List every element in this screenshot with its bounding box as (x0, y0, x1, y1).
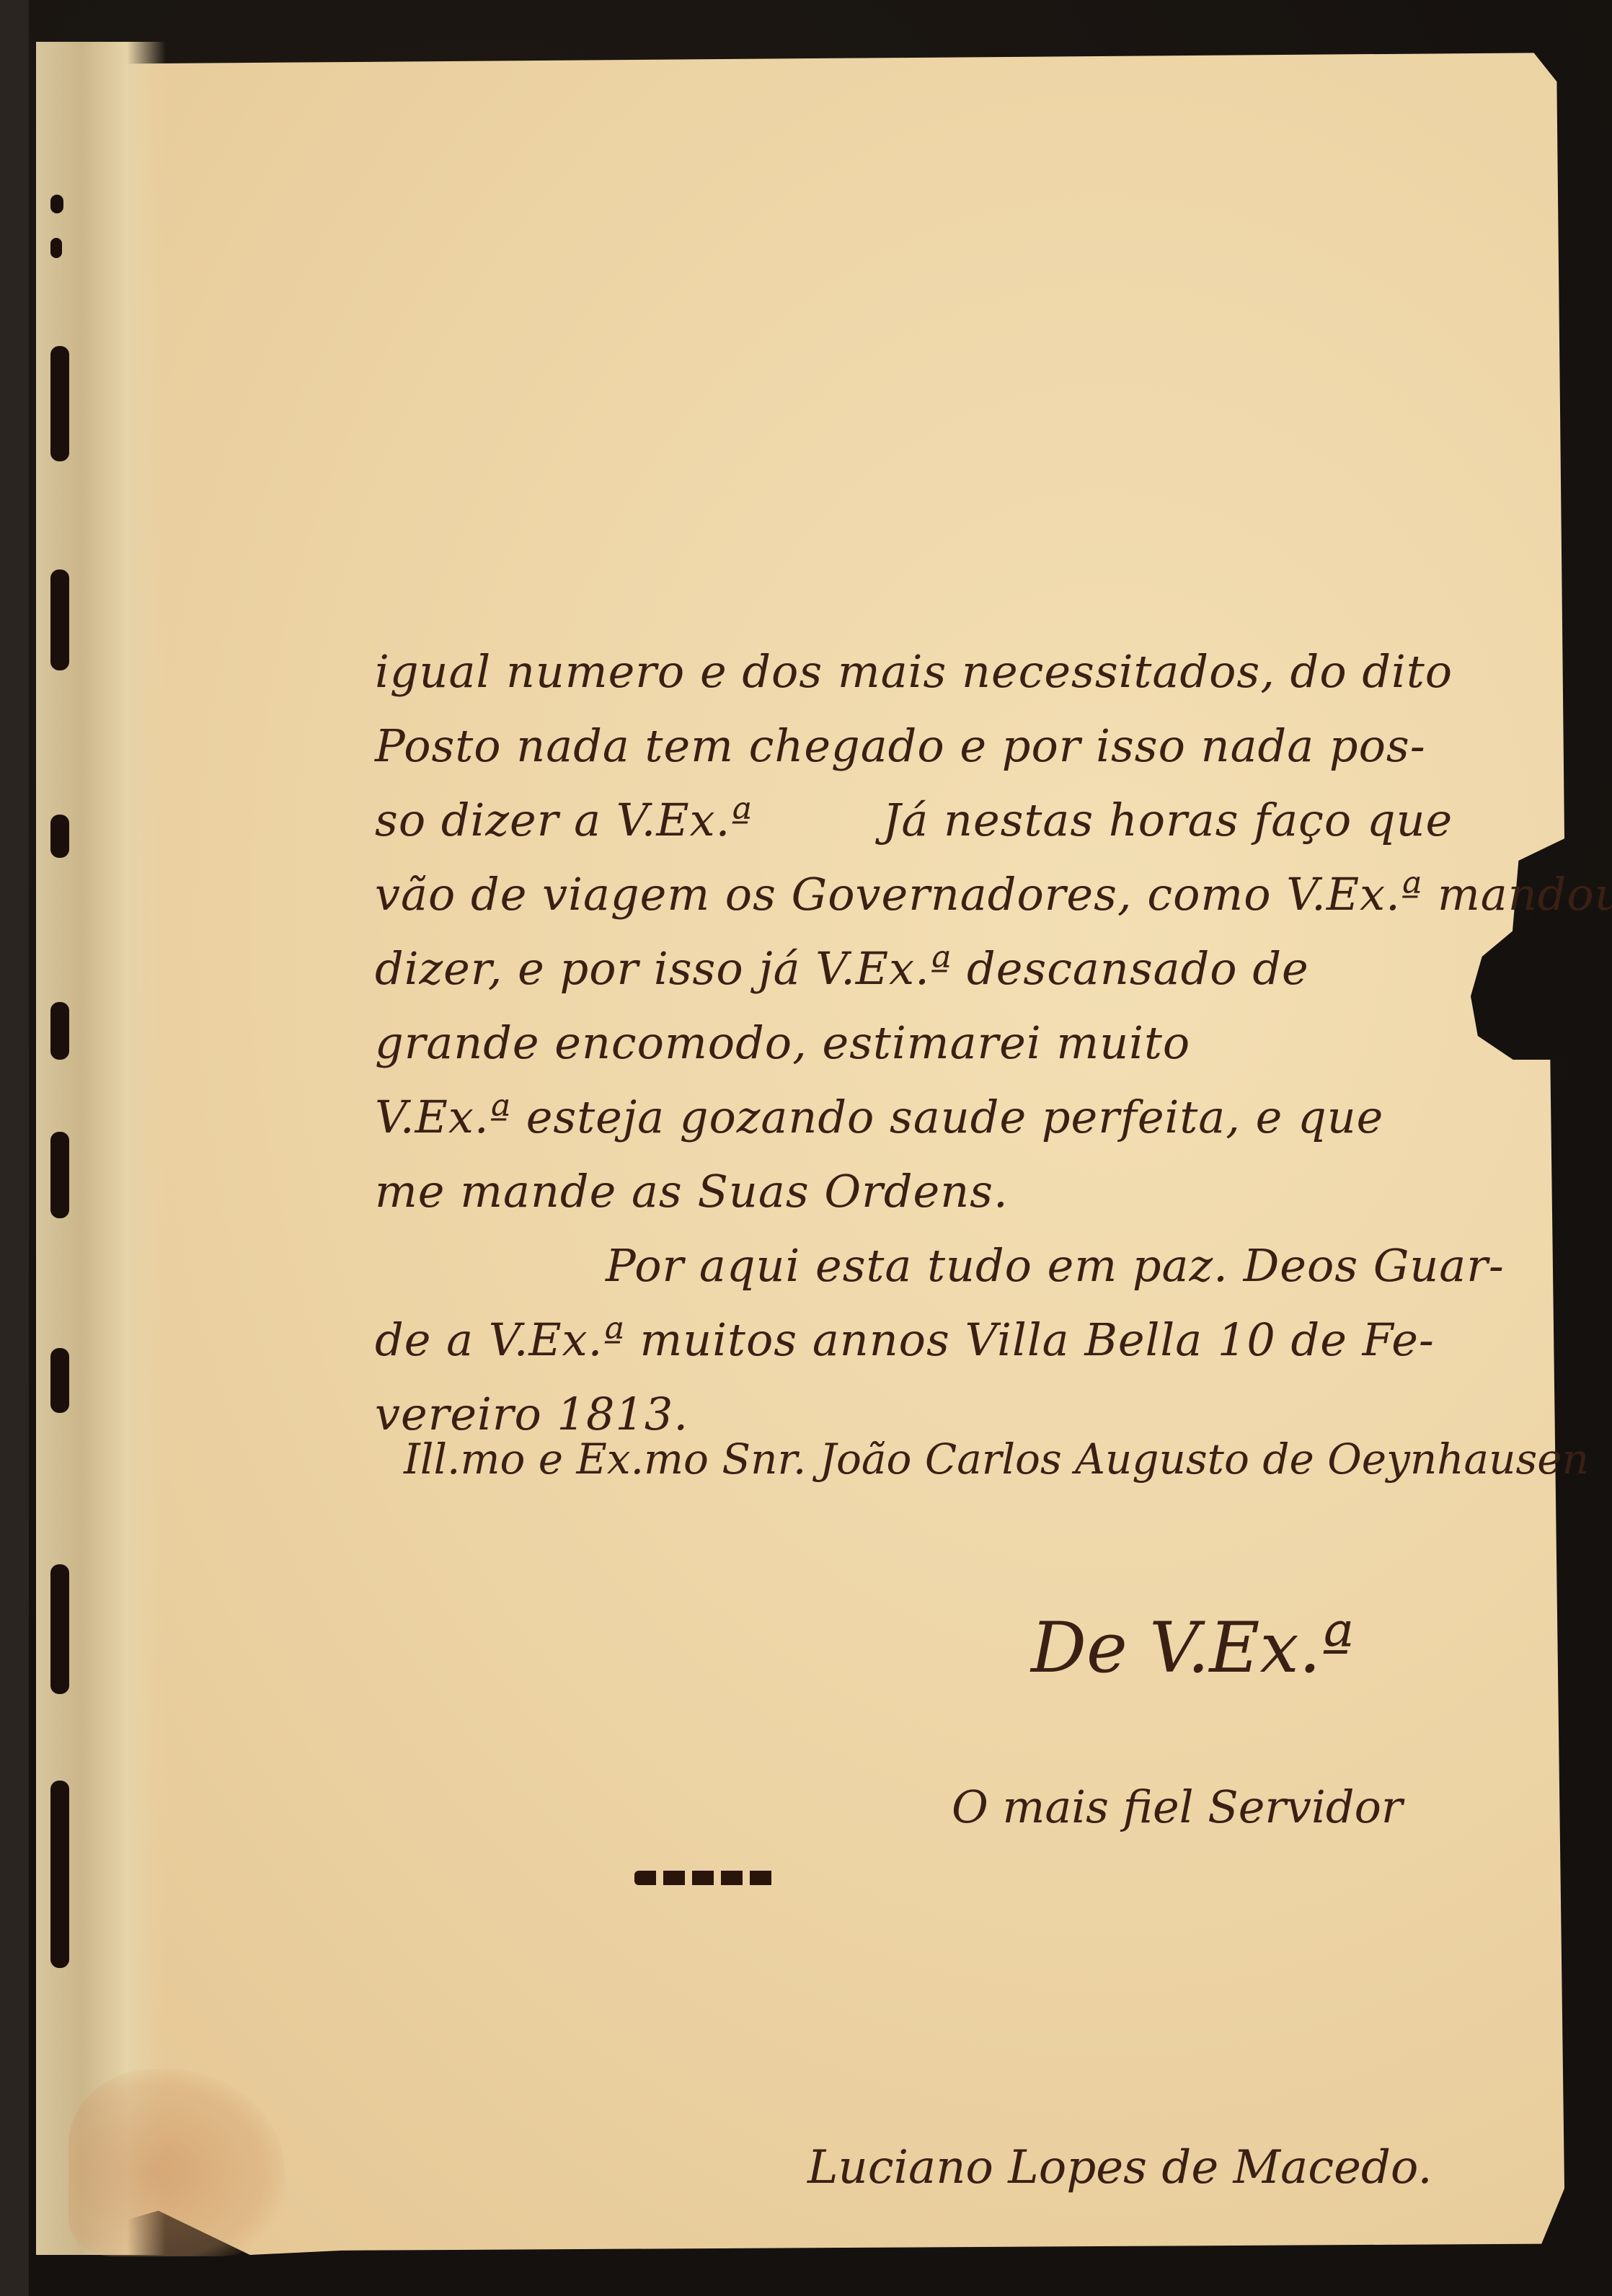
closing-servant: O mais fiel Servidor (952, 1781, 1403, 1833)
binding-damage (50, 195, 79, 1997)
closing-salutation: De V.Ex.ª (1031, 1608, 1354, 1688)
binding-hole (50, 569, 69, 670)
letter-body: igual numero e dos mais necessitados, do… (375, 634, 1528, 1451)
ink-mark (634, 1871, 779, 1885)
letter-line: Por aqui esta tudo em paz. Deos Guar- (375, 1228, 1528, 1303)
letter-line: grande encomodo, estimarei muito (375, 1006, 1528, 1080)
letter-line: de a V.Ex.ª muitos annos Villa Bella 10 … (375, 1303, 1528, 1377)
signature: Luciano Lopes de Macedo. (807, 2141, 1432, 2194)
letter-line: igual numero e dos mais necessitados, do… (375, 634, 1528, 709)
binding-hole (50, 195, 63, 213)
letter-line: me mande as Suas Ordens. (375, 1154, 1528, 1228)
binding-hole (50, 1781, 69, 1968)
letter-line: dizer, e por isso já V.Ex.ª descansado d… (375, 931, 1528, 1006)
binding-hole (50, 1348, 69, 1413)
binding-hole (50, 1132, 69, 1218)
letter-line: so dizer a V.Ex.ª Já nestas horas faço q… (375, 783, 1528, 857)
letter-line: Posto nada tem chegado e por isso nada p… (375, 709, 1528, 783)
binding-hole (50, 1564, 69, 1694)
addressee: Ill.mo e Ex.mo Snr. João Carlos Augusto … (404, 1435, 1589, 1484)
addressee-line: Ill.mo e Ex.mo Snr. João Carlos Augusto … (404, 1435, 1589, 1484)
binding-hole (50, 1002, 69, 1060)
binding-hole (50, 238, 62, 258)
binding-edge (0, 0, 29, 2296)
binding-hole (50, 815, 69, 858)
binding-hole (50, 346, 69, 461)
letter-line: vão de viagem os Governadores, como V.Ex… (375, 857, 1528, 931)
letter-line: V.Ex.ª esteja gozando saude perfeita, e … (375, 1080, 1528, 1154)
